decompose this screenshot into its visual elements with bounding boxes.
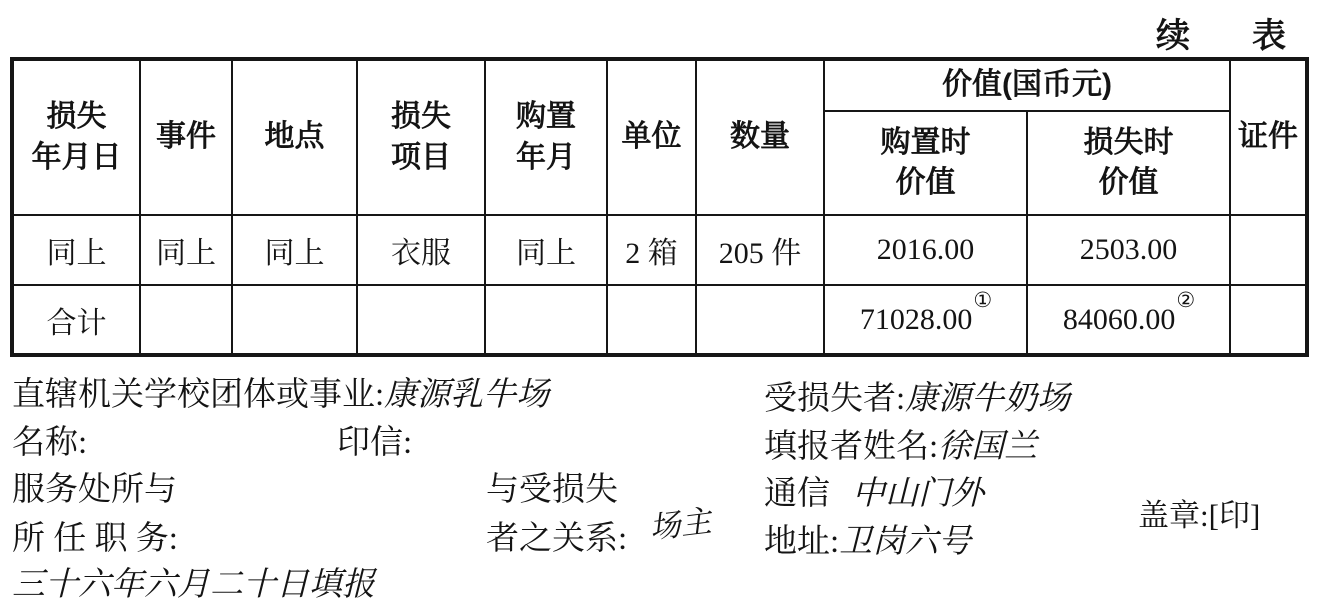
cell-purchase-date: 同上 <box>485 215 607 285</box>
table-row: 同上 同上 同上 衣服 同上 2 箱 205 件 2016.00 2503.00 <box>12 215 1307 285</box>
total-empty-cell <box>607 285 696 355</box>
total-empty-cell <box>357 285 485 355</box>
address-line-1: 通信中山门外 <box>764 476 984 512</box>
cell-location: 同上 <box>232 215 357 285</box>
header-location: 地点 <box>232 59 357 215</box>
address-label-1: 通信 <box>764 476 830 512</box>
reporter-value: 徐国兰 <box>938 429 1037 465</box>
total-value-loss: 84060.00 <box>1063 303 1176 336</box>
address-value-2: 卫岗六号 <box>839 524 971 560</box>
continuation-label: 续 表 <box>1156 8 1300 57</box>
total-empty-cell <box>696 285 824 355</box>
header-value-purchase: 购置时 价值 <box>824 111 1027 215</box>
reporter-line: 填报者姓名:徐国兰 <box>764 429 1037 465</box>
stamp-placeholder: [印] <box>1209 498 1261 533</box>
scanned-document-page: 续 表 损失 年月日 事件 地点 损失 项目 购置 年月 单位 数量 价值(国币… <box>0 0 1317 615</box>
cell-loss-date: 同上 <box>12 215 140 285</box>
total-row: 合计 71028.00① 84060.00② <box>12 285 1307 355</box>
header-quantity: 数量 <box>696 59 824 215</box>
service-line-1: 服务处所与 <box>12 472 177 508</box>
total-certificate-cell <box>1230 285 1307 355</box>
org-line: 直辖机关学校团体或事业:康源乳牛场 <box>12 377 549 413</box>
cell-event: 同上 <box>140 215 232 285</box>
total-value-loss-cell: 84060.00② <box>1027 285 1230 355</box>
reporter-label: 填报者姓名: <box>764 429 938 465</box>
report-date: 三十六年六月二十日填报 <box>12 567 375 603</box>
victim-value: 康源牛奶场 <box>905 381 1070 417</box>
total-value-purchase-cell: 71028.00① <box>824 285 1027 355</box>
relation-line-1: 与受损失 <box>486 472 618 508</box>
header-value-group: 价值(国币元) <box>824 59 1230 111</box>
header-value-loss: 损失时 价值 <box>1027 111 1230 215</box>
cell-item: 衣服 <box>357 215 485 285</box>
header-loss-date: 损失 年月日 <box>12 59 140 215</box>
loss-report-table: 损失 年月日 事件 地点 损失 项目 购置 年月 单位 数量 价值(国币元) 证… <box>10 57 1309 357</box>
footnote-1-marker: ① <box>973 288 992 312</box>
relation-line-2: 者之关系: <box>486 521 627 557</box>
header-row-group: 损失 年月日 事件 地点 损失 项目 购置 年月 单位 数量 价值(国币元) 证… <box>12 59 1307 111</box>
cell-value-purchase: 2016.00 <box>824 215 1027 285</box>
total-label-cell: 合计 <box>12 285 140 355</box>
total-empty-cell <box>485 285 607 355</box>
footnote-2-marker: ② <box>1176 288 1195 312</box>
header-item: 损失 项目 <box>357 59 485 215</box>
header-event: 事件 <box>140 59 232 215</box>
victim-label: 受损失者: <box>764 381 905 417</box>
header-unit: 单位 <box>607 59 696 215</box>
org-value: 康源乳牛场 <box>384 377 549 413</box>
victim-line: 受损失者:康源牛奶场 <box>764 381 1070 417</box>
total-value-purchase: 71028.00 <box>860 303 973 336</box>
stamp-line: 盖章:[印] <box>1138 499 1260 533</box>
relation-value: 场主 <box>646 495 713 547</box>
header-purchase-date: 购置 年月 <box>485 59 607 215</box>
org-label: 直辖机关学校团体或事业: <box>12 377 384 413</box>
cell-value-loss: 2503.00 <box>1027 215 1230 285</box>
stamp-label: 盖章: <box>1138 498 1209 533</box>
seal-label: 印信: <box>337 425 412 461</box>
service-line-2: 所 任 职 务: <box>12 521 178 557</box>
address-line-2: 地址:卫岗六号 <box>764 524 971 560</box>
cell-quantity: 205 件 <box>696 215 824 285</box>
header-certificate: 证件 <box>1230 59 1307 215</box>
cell-certificate <box>1230 215 1307 285</box>
total-empty-cell <box>140 285 232 355</box>
address-value-1: 中山门外 <box>852 476 984 512</box>
cell-unit: 2 箱 <box>607 215 696 285</box>
address-label-2: 地址: <box>764 524 839 560</box>
name-label: 名称: <box>12 425 87 461</box>
total-empty-cell <box>232 285 357 355</box>
